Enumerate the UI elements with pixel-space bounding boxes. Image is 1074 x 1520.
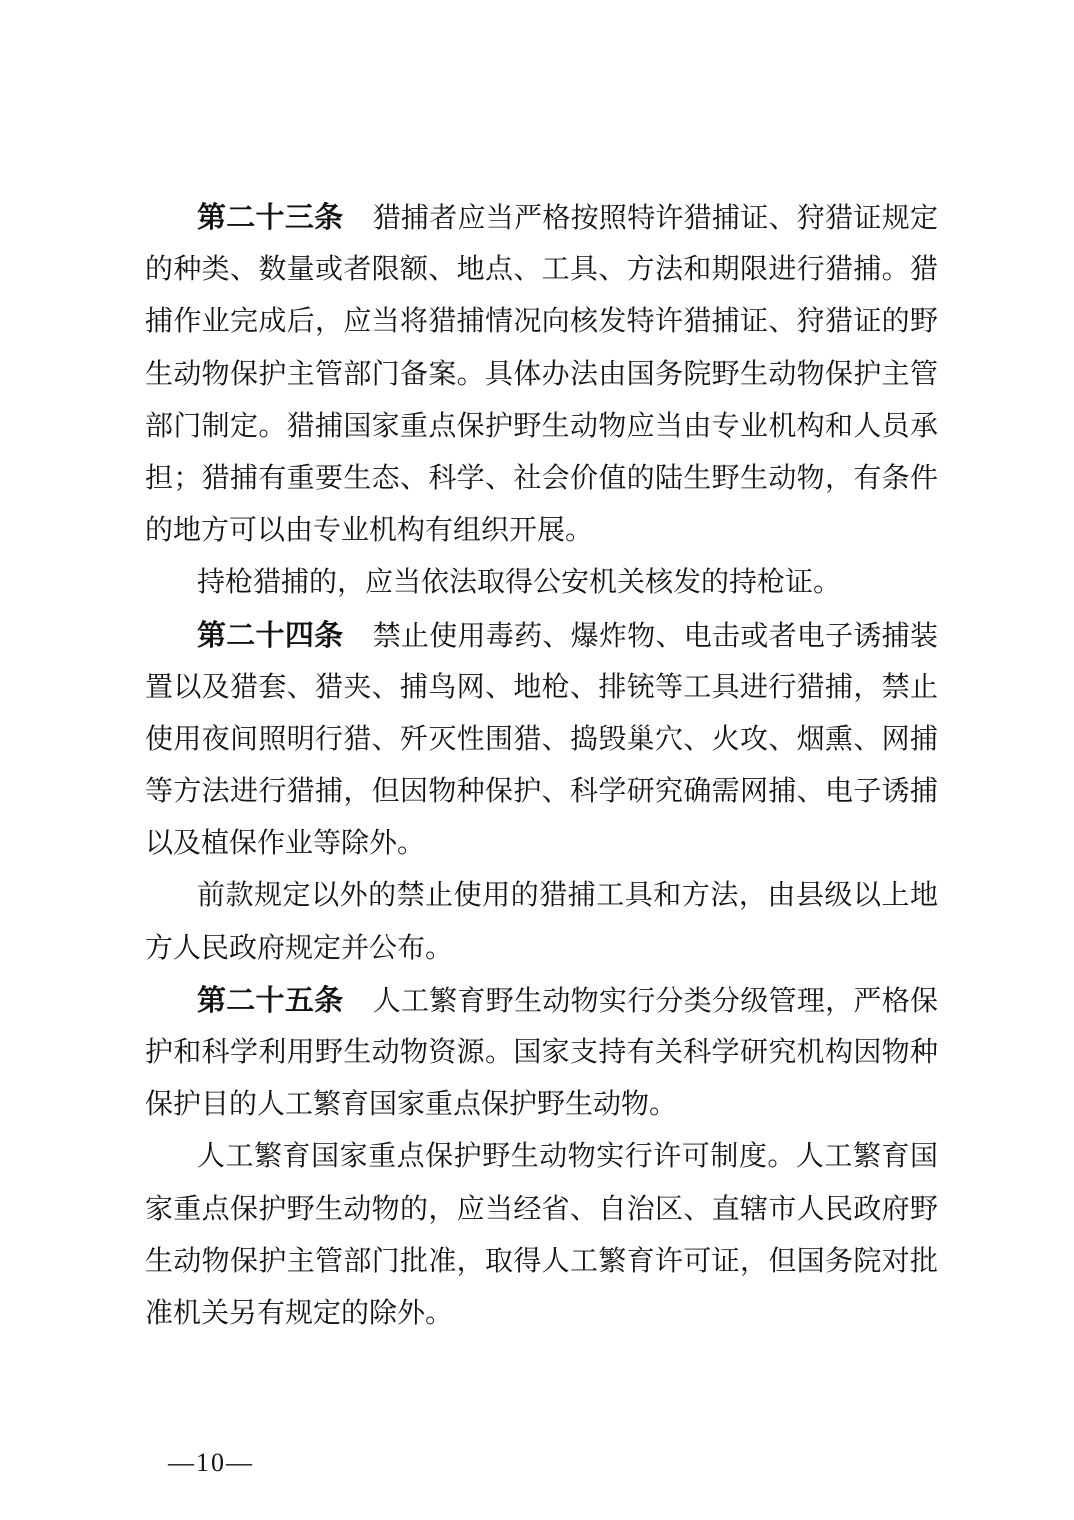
text-line: 生动物保护主管部门备案。具体办法由国务院野生动物保护主管 bbox=[145, 349, 938, 401]
text-segment: 猎捕者应当严格按照特许猎捕证、狩猎证规定 bbox=[373, 203, 938, 234]
text-line: 准机关另有规定的除外。 bbox=[145, 1288, 938, 1340]
page-number-label: —10— bbox=[168, 1447, 254, 1479]
text-line: 以及植保作业等除外。 bbox=[145, 818, 938, 870]
text-line: 部门制定。猎捕国家重点保护野生动物应当由专业机构和人员承 bbox=[145, 401, 938, 453]
text-line: 等方法进行猎捕，但因物种保护、科学研究确需网捕、电子诱捕 bbox=[145, 766, 938, 818]
text-line: 人工繁育国家重点保护野生动物实行许可制度。人工繁育国 bbox=[145, 1131, 938, 1183]
article-number: 第二十三条 bbox=[197, 202, 373, 234]
text-line: 捕作业完成后，应当将猎捕情况向核发特许猎捕证、狩猎证的野 bbox=[145, 296, 938, 348]
text-segment: 准机关另有规定的除外。 bbox=[145, 1298, 453, 1329]
text-line: 置以及猎套、猎夹、捕鸟网、地枪、排铳等工具进行猎捕，禁止 bbox=[145, 662, 938, 714]
text-line: 前款规定以外的禁止使用的猎捕工具和方法，由县级以上地 bbox=[145, 870, 938, 922]
text-line: 第二十三条 猎捕者应当严格按照特许猎捕证、狩猎证规定 bbox=[145, 192, 938, 244]
text-segment: 人工繁育国家重点保护野生动物实行许可制度。人工繁育国 bbox=[197, 1141, 938, 1172]
text-line: 持枪猎捕的，应当依法取得公安机关核发的持枪证。 bbox=[145, 557, 938, 609]
text-segment: 担；猎捕有重要生态、科学、社会价值的陆生野生动物，有条件 bbox=[145, 463, 938, 494]
text-segment: 人工繁育野生动物实行分类分级管理，严格保 bbox=[373, 986, 938, 1017]
text-segment: 禁止使用毒药、爆炸物、电击或者电子诱捕装 bbox=[373, 621, 938, 652]
text-line: 保护目的人工繁育国家重点保护野生动物。 bbox=[145, 1079, 938, 1131]
text-segment: 护和科学利用野生动物资源。国家支持有关科学研究机构因物种 bbox=[145, 1037, 938, 1068]
text-line: 第二十五条 人工繁育野生动物实行分类分级管理，严格保 bbox=[145, 975, 938, 1027]
text-segment: 生动物保护主管部门备案。具体办法由国务院野生动物保护主管 bbox=[145, 359, 938, 390]
text-segment: 生动物保护主管部门批准，取得人工繁育许可证，但国务院对批 bbox=[145, 1246, 938, 1277]
text-segment: 前款规定以外的禁止使用的猎捕工具和方法，由县级以上地 bbox=[197, 880, 938, 911]
text-line: 家重点保护野生动物的，应当经省、自治区、直辖市人民政府野 bbox=[145, 1184, 938, 1236]
text-segment: 的种类、数量或者限额、地点、工具、方法和期限进行猎捕。猎 bbox=[145, 254, 938, 285]
text-segment: 捕作业完成后，应当将猎捕情况向核发特许猎捕证、狩猎证的野 bbox=[145, 306, 938, 337]
text-segment: 置以及猎套、猎夹、捕鸟网、地枪、排铳等工具进行猎捕，禁止 bbox=[145, 672, 938, 703]
text-line: 的地方可以由专业机构有组织开展。 bbox=[145, 505, 938, 557]
article-number: 第二十四条 bbox=[197, 620, 373, 652]
text-segment: 持枪猎捕的，应当依法取得公安机关核发的持枪证。 bbox=[197, 567, 841, 598]
text-segment: 方人民政府规定并公布。 bbox=[145, 933, 453, 964]
text-line: 的种类、数量或者限额、地点、工具、方法和期限进行猎捕。猎 bbox=[145, 244, 938, 296]
text-line: 担；猎捕有重要生态、科学、社会价值的陆生野生动物，有条件 bbox=[145, 453, 938, 505]
text-line: 使用夜间照明行猎、歼灭性围猎、捣毁巢穴、火攻、烟熏、网捕 bbox=[145, 714, 938, 766]
text-segment: 部门制定。猎捕国家重点保护野生动物应当由专业机构和人员承 bbox=[145, 411, 938, 442]
text-segment: 以及植保作业等除外。 bbox=[145, 828, 425, 859]
text-segment: 家重点保护野生动物的，应当经省、自治区、直辖市人民政府野 bbox=[145, 1194, 938, 1225]
text-segment: 保护目的人工繁育国家重点保护野生动物。 bbox=[145, 1089, 677, 1120]
text-segment: 的地方可以由专业机构有组织开展。 bbox=[145, 515, 593, 546]
text-line: 生动物保护主管部门批准，取得人工繁育许可证，但国务院对批 bbox=[145, 1236, 938, 1288]
text-line: 第二十四条 禁止使用毒药、爆炸物、电击或者电子诱捕装 bbox=[145, 610, 938, 662]
text-line: 护和科学利用野生动物资源。国家支持有关科学研究机构因物种 bbox=[145, 1027, 938, 1079]
text-segment: 等方法进行猎捕，但因物种保护、科学研究确需网捕、电子诱捕 bbox=[145, 776, 938, 807]
text-line: 方人民政府规定并公布。 bbox=[145, 923, 938, 975]
article-number: 第二十五条 bbox=[197, 985, 373, 1017]
document-page: 第二十三条 猎捕者应当严格按照特许猎捕证、狩猎证规定的种类、数量或者限额、地点、… bbox=[0, 0, 1074, 1520]
page-text: 第二十三条 猎捕者应当严格按照特许猎捕证、狩猎证规定的种类、数量或者限额、地点、… bbox=[145, 192, 938, 1340]
text-segment: 使用夜间照明行猎、歼灭性围猎、捣毁巢穴、火攻、烟熏、网捕 bbox=[145, 724, 938, 755]
